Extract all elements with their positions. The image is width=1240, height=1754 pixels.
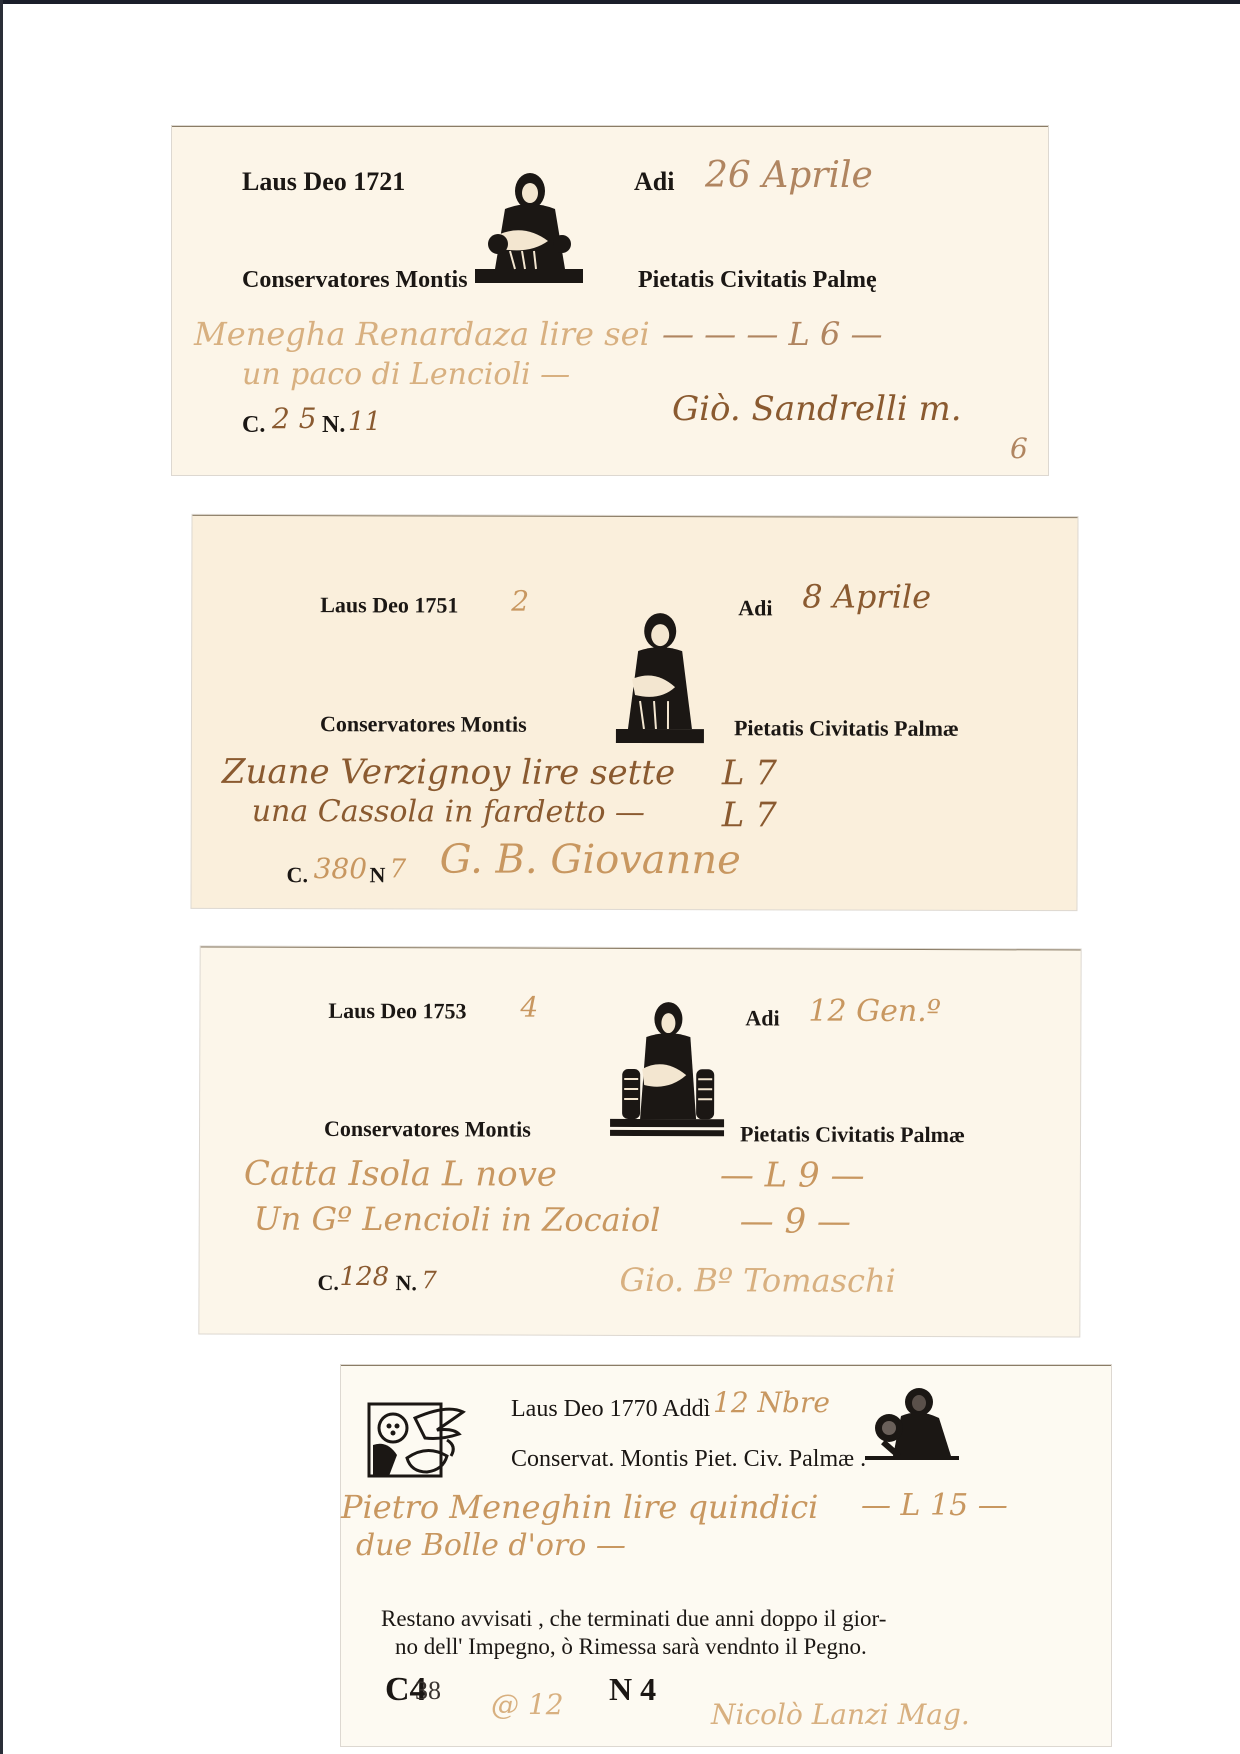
- scan-top-border: [0, 0, 1240, 4]
- handwritten-item-line-2: una Cassola in fardetto —: [252, 794, 645, 830]
- handwritten-date: 12 Nbre: [713, 1386, 830, 1419]
- handwritten-item-line-2: un paco di Lencioli —: [242, 357, 570, 392]
- adi-label: Adi: [634, 167, 674, 197]
- c-number: 128: [339, 1262, 389, 1292]
- c-number: 380: [314, 852, 368, 885]
- adi-label: Adi: [738, 595, 772, 621]
- c-label: C.: [317, 1270, 338, 1296]
- laus-deo-heading: Laus Deo 1753: [328, 998, 466, 1024]
- receipt-1721: Laus Deo 1721 Adi 26 Aprile Conservatore…: [172, 126, 1048, 475]
- c-label: C.: [287, 862, 308, 888]
- handwritten-mark: @ 12: [491, 1688, 564, 1721]
- receipt-1752: Laus Deo 1751 2 Adi 8 Aprile Conservator…: [191, 515, 1077, 910]
- receipt-1770: Laus Deo 1770 Addì 12 Nbre Conservat. Mo…: [341, 1365, 1111, 1746]
- signature: G. B. Giovanne: [440, 836, 741, 883]
- laus-deo-heading: Laus Deo 1721: [242, 167, 405, 197]
- n-label: N.: [322, 412, 345, 439]
- receipt-1754: Laus Deo 1753 4 Adi 12 Gen.º Conservator…: [199, 946, 1080, 1336]
- handwritten-amount: — — — L 6 —: [662, 315, 882, 353]
- conservatores-label: Conservat. Montis Piet. Civ. Palmæ .: [511, 1446, 866, 1473]
- handwritten-amount-2: — 9 —: [740, 1201, 851, 1241]
- handwritten-item-line-1: Pietro Meneghin lire quindici: [341, 1488, 818, 1526]
- conservatores-label: Conservatores Montis: [320, 711, 527, 738]
- conservatores-label: Conservatores Montis: [242, 267, 468, 294]
- handwritten-item-line-1: Menegha Renardaza lire sei: [194, 315, 650, 353]
- handwritten-date: 12 Gen.º: [808, 994, 941, 1029]
- handwritten-amount-1: L 7: [722, 753, 777, 793]
- c-number: 2 5: [272, 402, 317, 435]
- year-correction: 4: [520, 991, 538, 1024]
- pieta-woodcut-icon: [606, 999, 729, 1145]
- c-label: C.: [242, 412, 265, 439]
- handwritten-item-line-2: due Bolle d'oro —: [356, 1528, 626, 1563]
- adi-label: Adi: [745, 1005, 779, 1031]
- signature: Nicolò Lanzi Mag.: [711, 1698, 970, 1731]
- n-label: N: [370, 862, 386, 888]
- lion-of-st-mark-woodcut-icon: [367, 1400, 479, 1480]
- n-label: N 4: [609, 1671, 656, 1708]
- n-number: 7: [390, 854, 407, 884]
- handwritten-item-line-1: Catta Isola L nove: [244, 1154, 557, 1195]
- year-correction: 2: [511, 585, 529, 618]
- pietatis-label: Pietatis Civitatis Palmæ: [740, 1121, 965, 1148]
- conservatores-label: Conservatores Montis: [324, 1116, 531, 1143]
- handwritten-item-line-2: Un Gº Lencioli in Zocaiol: [254, 1200, 661, 1239]
- n-label: N.: [395, 1270, 416, 1296]
- handwritten-date: 8 Aprile: [802, 577, 931, 615]
- handwritten-amount-2: L 7: [722, 795, 777, 835]
- pietatis-label: Pietatis Civitatis Palmæ: [734, 715, 959, 742]
- forfeit-notice-line-2: no dell' Impegno, ò Rimessa sarà vendnto…: [395, 1634, 867, 1660]
- laus-deo-heading: Laus Deo 1751: [320, 592, 458, 618]
- handwritten-amount-1: — L 9 —: [720, 1155, 865, 1196]
- signature-subscript: 6: [1010, 432, 1028, 465]
- n-number: 11: [348, 407, 381, 437]
- handwritten-item-line-1: Zuane Verzignoy lire sette: [222, 752, 675, 793]
- laus-deo-heading: Laus Deo 1770 Addì: [511, 1396, 710, 1423]
- c-number: 38: [415, 1676, 441, 1706]
- pietatis-label: Pietatis Civitatis Palmę: [638, 267, 877, 294]
- pieta-woodcut-icon: [470, 169, 588, 289]
- n-number: 7: [421, 1266, 436, 1294]
- scan-left-border: [0, 0, 3, 1754]
- signature: Gio. Bº Tomaschi: [619, 1261, 895, 1300]
- pieta-woodcut-icon: [610, 609, 710, 749]
- signature: Giò. Sandrelli m.: [672, 389, 962, 429]
- handwritten-date: 26 Aprile: [705, 155, 873, 196]
- forfeit-notice-line-1: Restano avvisati , che terminati due ann…: [381, 1606, 886, 1632]
- pieta-woodcut-icon: [863, 1386, 961, 1462]
- handwritten-amount: — L 15 —: [861, 1488, 1008, 1523]
